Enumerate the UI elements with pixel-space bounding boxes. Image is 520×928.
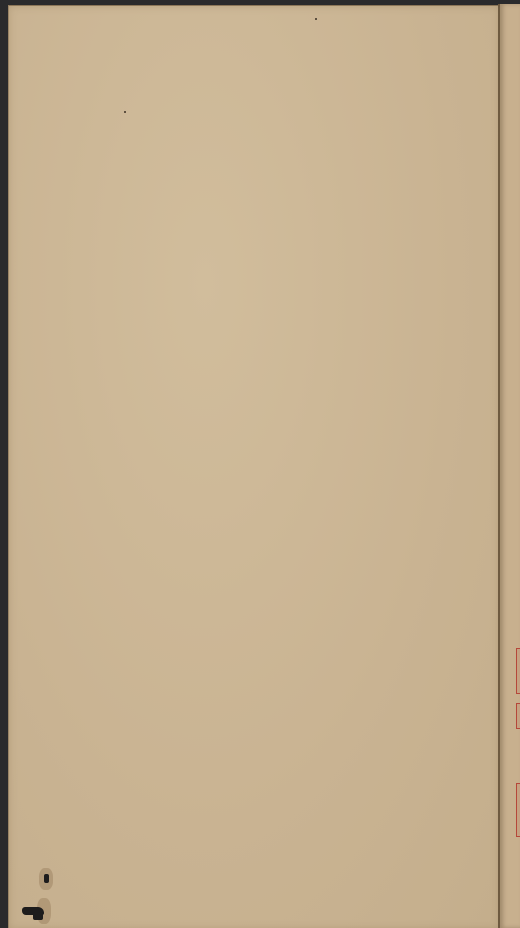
red-seal-stamp — [516, 783, 520, 837]
worm-hole — [44, 874, 49, 883]
paper-speck — [124, 111, 126, 113]
red-seal-stamp — [516, 703, 520, 729]
red-seal-stamp — [516, 648, 520, 694]
blank-page — [8, 5, 499, 928]
paper-speck — [315, 18, 317, 20]
worm-hole — [33, 912, 43, 920]
